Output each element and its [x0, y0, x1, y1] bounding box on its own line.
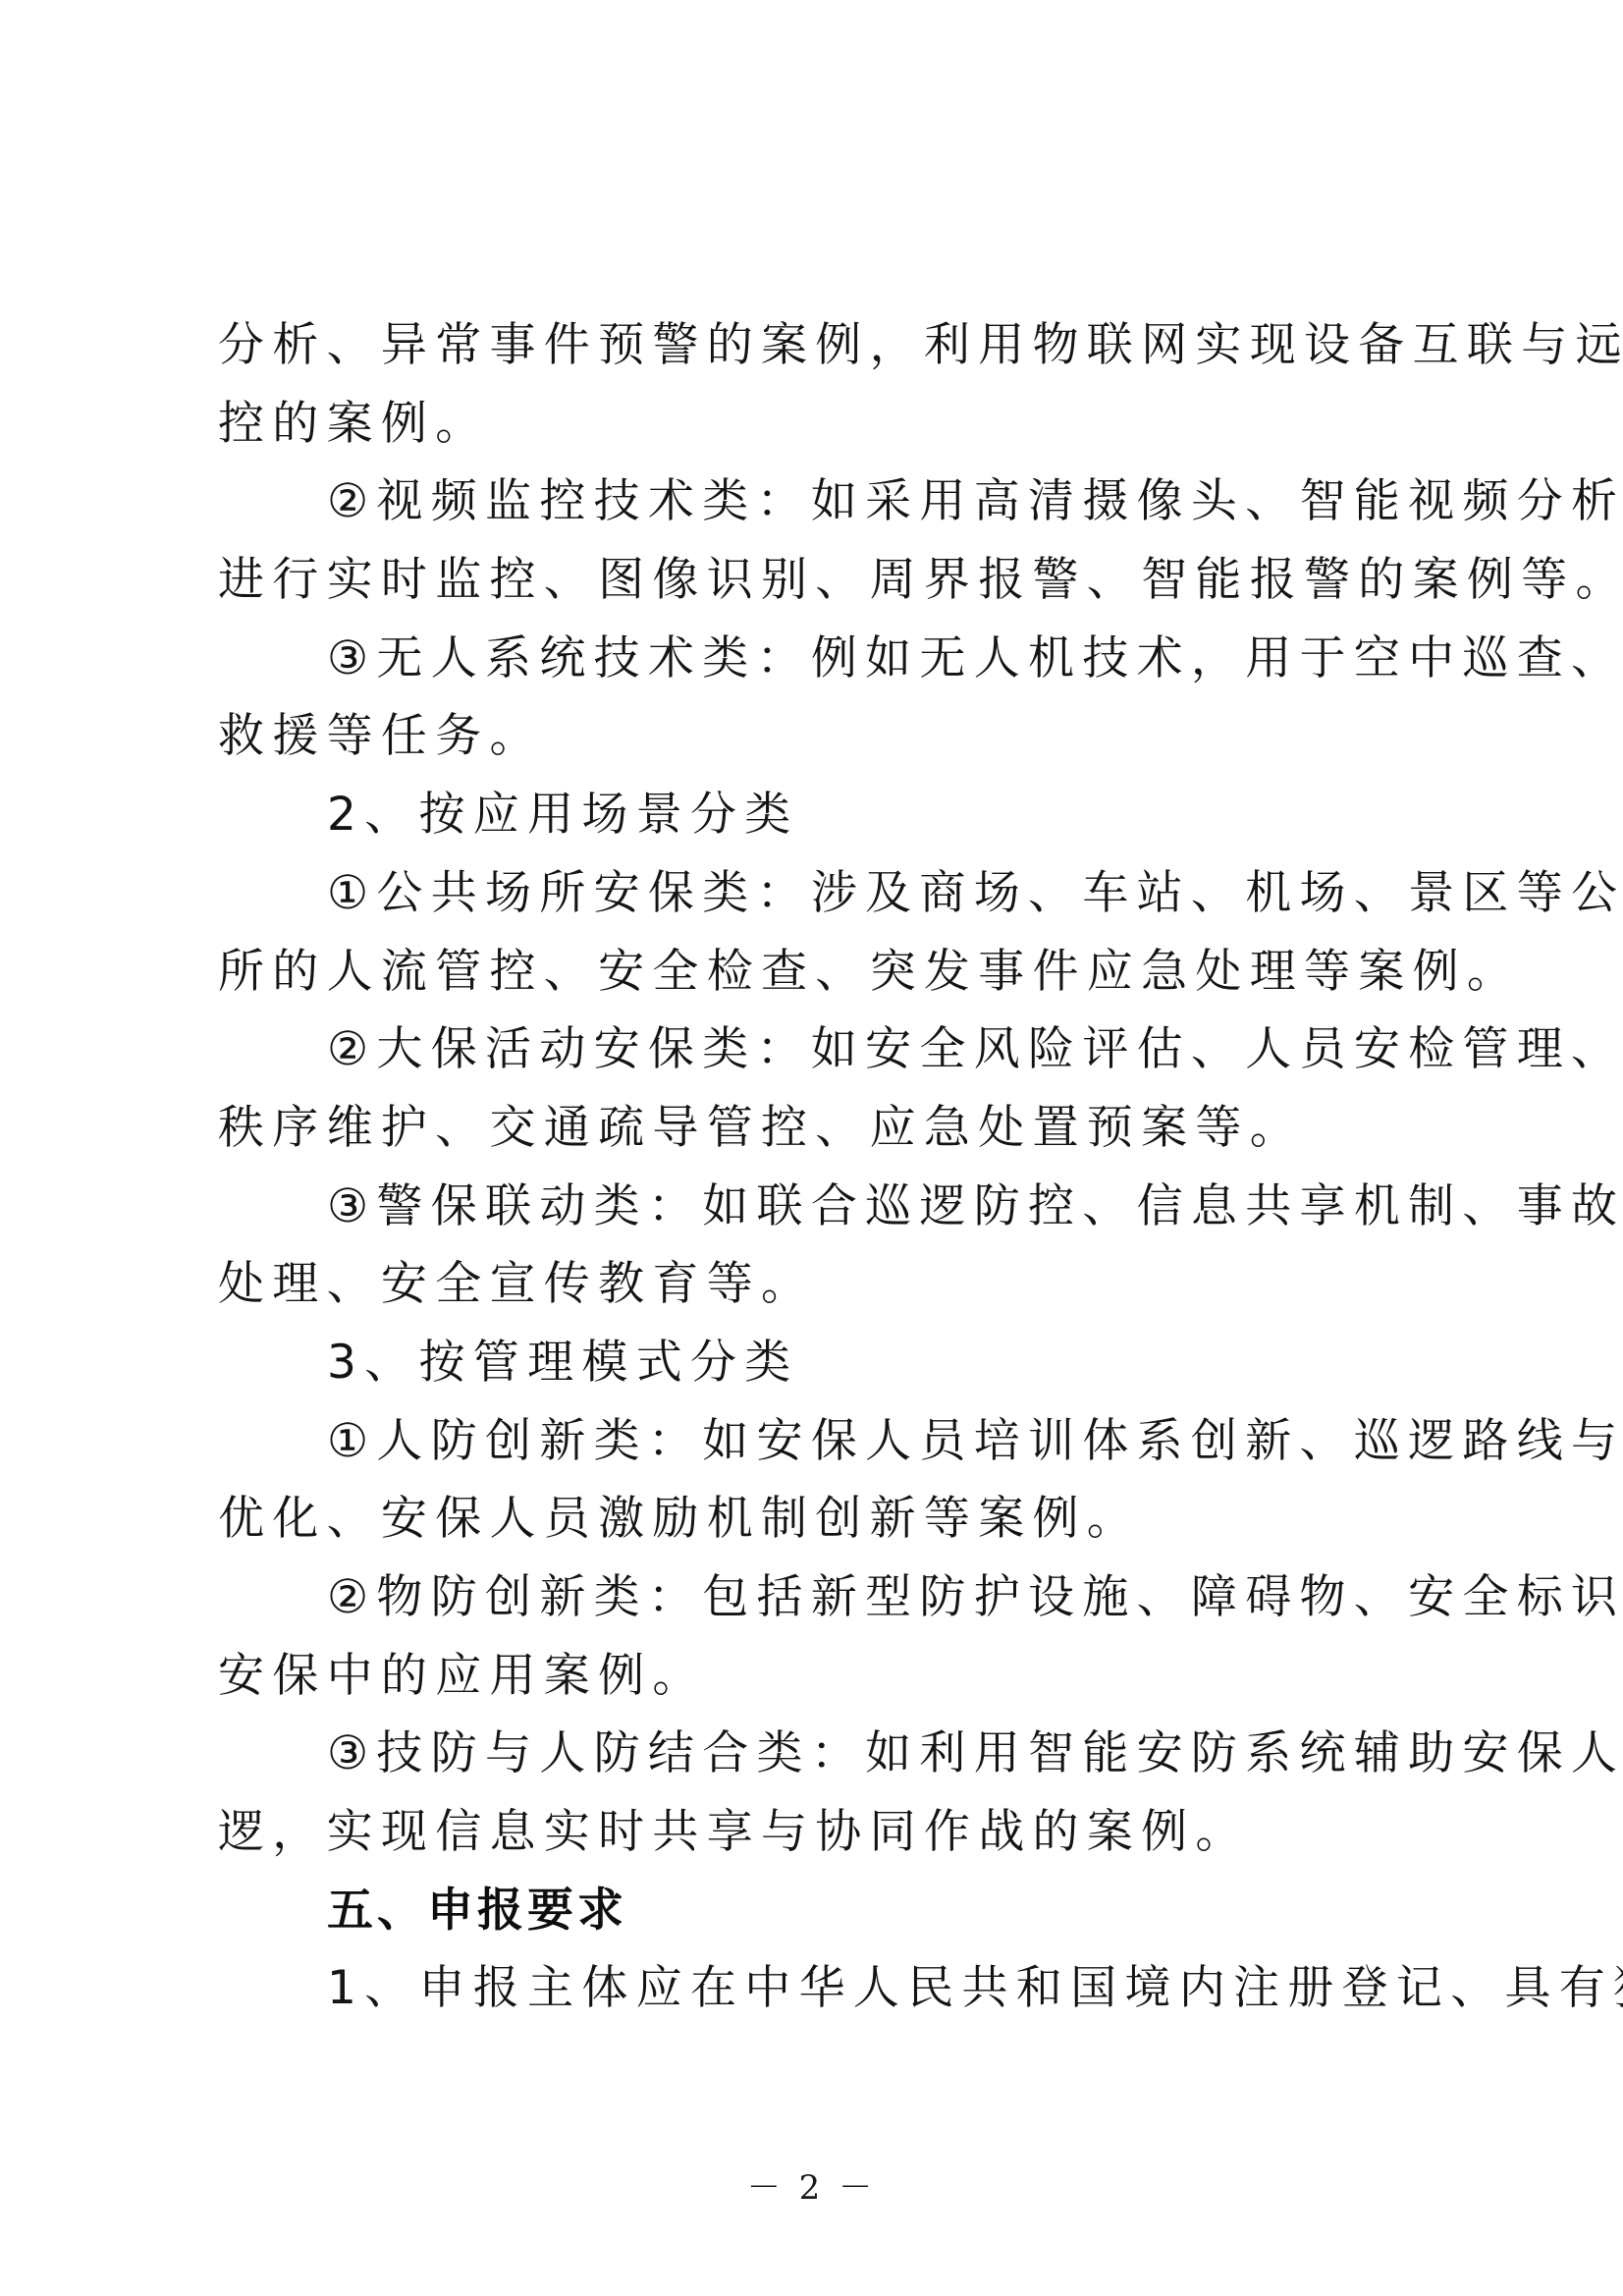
- list-item-physical-defense: ②物防创新类：包括新型防护设施、障碍物、安全标识等在: [218, 1566, 1421, 1645]
- page-number: － 2 －: [0, 2160, 1623, 2209]
- list-item-personnel-defense: ①人防创新类：如安保人员培训体系创新、巡逻路线与排班: [218, 1410, 1421, 1489]
- list-item-video-surveillance: ②视频监控技术类：如采用高清摄像头、智能视频分析系统: [218, 470, 1421, 549]
- paragraph-line: 救援等任务。: [218, 705, 1421, 784]
- document-body: 分析、异常事件预警的案例，利用物联网实现设备互联与远程监 控的案例。 ②视频监控…: [218, 314, 1421, 2036]
- paragraph-line: 优化、安保人员激励机制创新等案例。: [218, 1488, 1421, 1566]
- paragraph-line: 控的案例。: [218, 393, 1421, 471]
- paragraph-line: 秩序维护、交通疏导管控、应急处置预案等。: [218, 1097, 1421, 1175]
- list-item-police-security-linkage: ③警保联动类：如联合巡逻防控、信息共享机制、事故快速: [218, 1175, 1421, 1254]
- paragraph-line: 分析、异常事件预警的案例，利用物联网实现设备互联与远程监: [218, 314, 1421, 393]
- section-heading-requirements: 五、申报要求: [218, 1880, 1421, 1958]
- subheading-by-management-mode: 3、按管理模式分类: [218, 1332, 1421, 1410]
- paragraph-line: 所的人流管控、安全检查、突发事件应急处理等案例。: [218, 941, 1421, 1019]
- paragraph-line: 逻，实现信息实时共享与协同作战的案例。: [218, 1801, 1421, 1880]
- paragraph-line: 处理、安全宣传教育等。: [218, 1253, 1421, 1332]
- paragraph-line: 进行实时监控、图像识别、周界报警、智能报警的案例等。: [218, 549, 1421, 628]
- document-page: 分析、异常事件预警的案例，利用物联网实现设备互联与远程监 控的案例。 ②视频监控…: [0, 0, 1623, 2296]
- requirement-item-1: 1、申报主体应在中华人民共和国境内注册登记、具有独立: [218, 1957, 1421, 2036]
- list-item-tech-and-personnel: ③技防与人防结合类：如利用智能安防系统辅助安保人员巡: [218, 1722, 1421, 1801]
- list-item-public-places: ①公共场所安保类：涉及商场、车站、机场、景区等公共场: [218, 862, 1421, 941]
- list-item-major-events: ②大保活动安保类：如安全风险评估、人员安检管理、现场: [218, 1018, 1421, 1097]
- paragraph-line: 安保中的应用案例。: [218, 1645, 1421, 1723]
- subheading-by-scenario: 2、按应用场景分类: [218, 784, 1421, 862]
- list-item-unmanned-systems: ③无人系统技术类：例如无人机技术，用于空中巡查、应急: [218, 628, 1421, 706]
